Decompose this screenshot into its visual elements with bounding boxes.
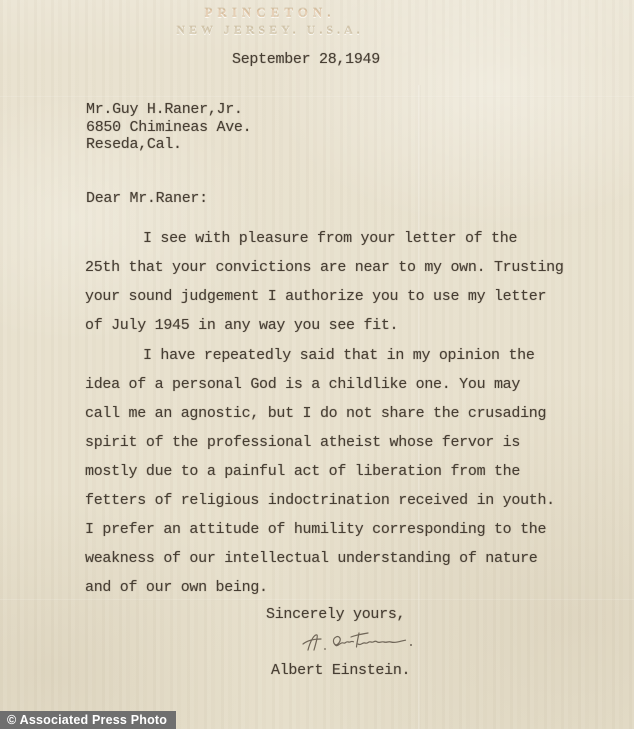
body-paragraph-1: I see with pleasure from your letter of … <box>85 224 564 340</box>
body-line: fetters of religious indoctrination rece… <box>85 486 555 515</box>
salutation: Dear Mr.Raner: <box>86 190 208 207</box>
horizontal-fold-crease <box>0 96 634 98</box>
typed-signature-name: Albert Einstein. <box>271 662 410 679</box>
body-line: and of our own being. <box>85 573 555 602</box>
embossed-letterhead: PRINCETON. NEW JERSEY. U.S.A. <box>140 5 400 38</box>
recipient-address: Mr.Guy H.Raner,Jr. 6850 Chimineas Ave. R… <box>86 101 251 154</box>
address-line: 6850 Chimineas Ave. <box>86 119 251 137</box>
letter-photograph: PRINCETON. NEW JERSEY. U.S.A. September … <box>0 0 634 729</box>
signature-ink-icon <box>298 624 428 658</box>
body-line: 25th that your convictions are near to m… <box>85 253 564 282</box>
einstein-handwritten-signature <box>298 624 428 658</box>
body-line: your sound judgement I authorize you to … <box>85 282 564 311</box>
body-line: call me an agnostic, but I do not share … <box>85 399 555 428</box>
closing-line: Sincerely yours, <box>266 606 405 623</box>
body-line: weakness of our intellectual understandi… <box>85 544 555 573</box>
body-line: mostly due to a painful act of liberatio… <box>85 457 555 486</box>
address-line: Reseda,Cal. <box>86 136 251 154</box>
body-line: of July 1945 in any way you see fit. <box>85 311 564 340</box>
photo-credit-badge: © Associated Press Photo <box>0 711 176 729</box>
body-line: I see with pleasure from your letter of … <box>85 224 564 253</box>
body-line: I prefer an attitude of humility corresp… <box>85 515 555 544</box>
body-line: idea of a personal God is a childlike on… <box>85 370 555 399</box>
body-line: spirit of the professional atheist whose… <box>85 428 555 457</box>
date-line: September 28,1949 <box>232 51 380 68</box>
address-line: Mr.Guy H.Raner,Jr. <box>86 101 251 119</box>
letterhead-line: PRINCETON. <box>140 5 400 21</box>
letterhead-line: NEW JERSEY. U.S.A. <box>140 23 400 38</box>
body-paragraph-2: I have repeatedly said that in my opinio… <box>85 341 555 602</box>
body-line: I have repeatedly said that in my opinio… <box>85 341 555 370</box>
